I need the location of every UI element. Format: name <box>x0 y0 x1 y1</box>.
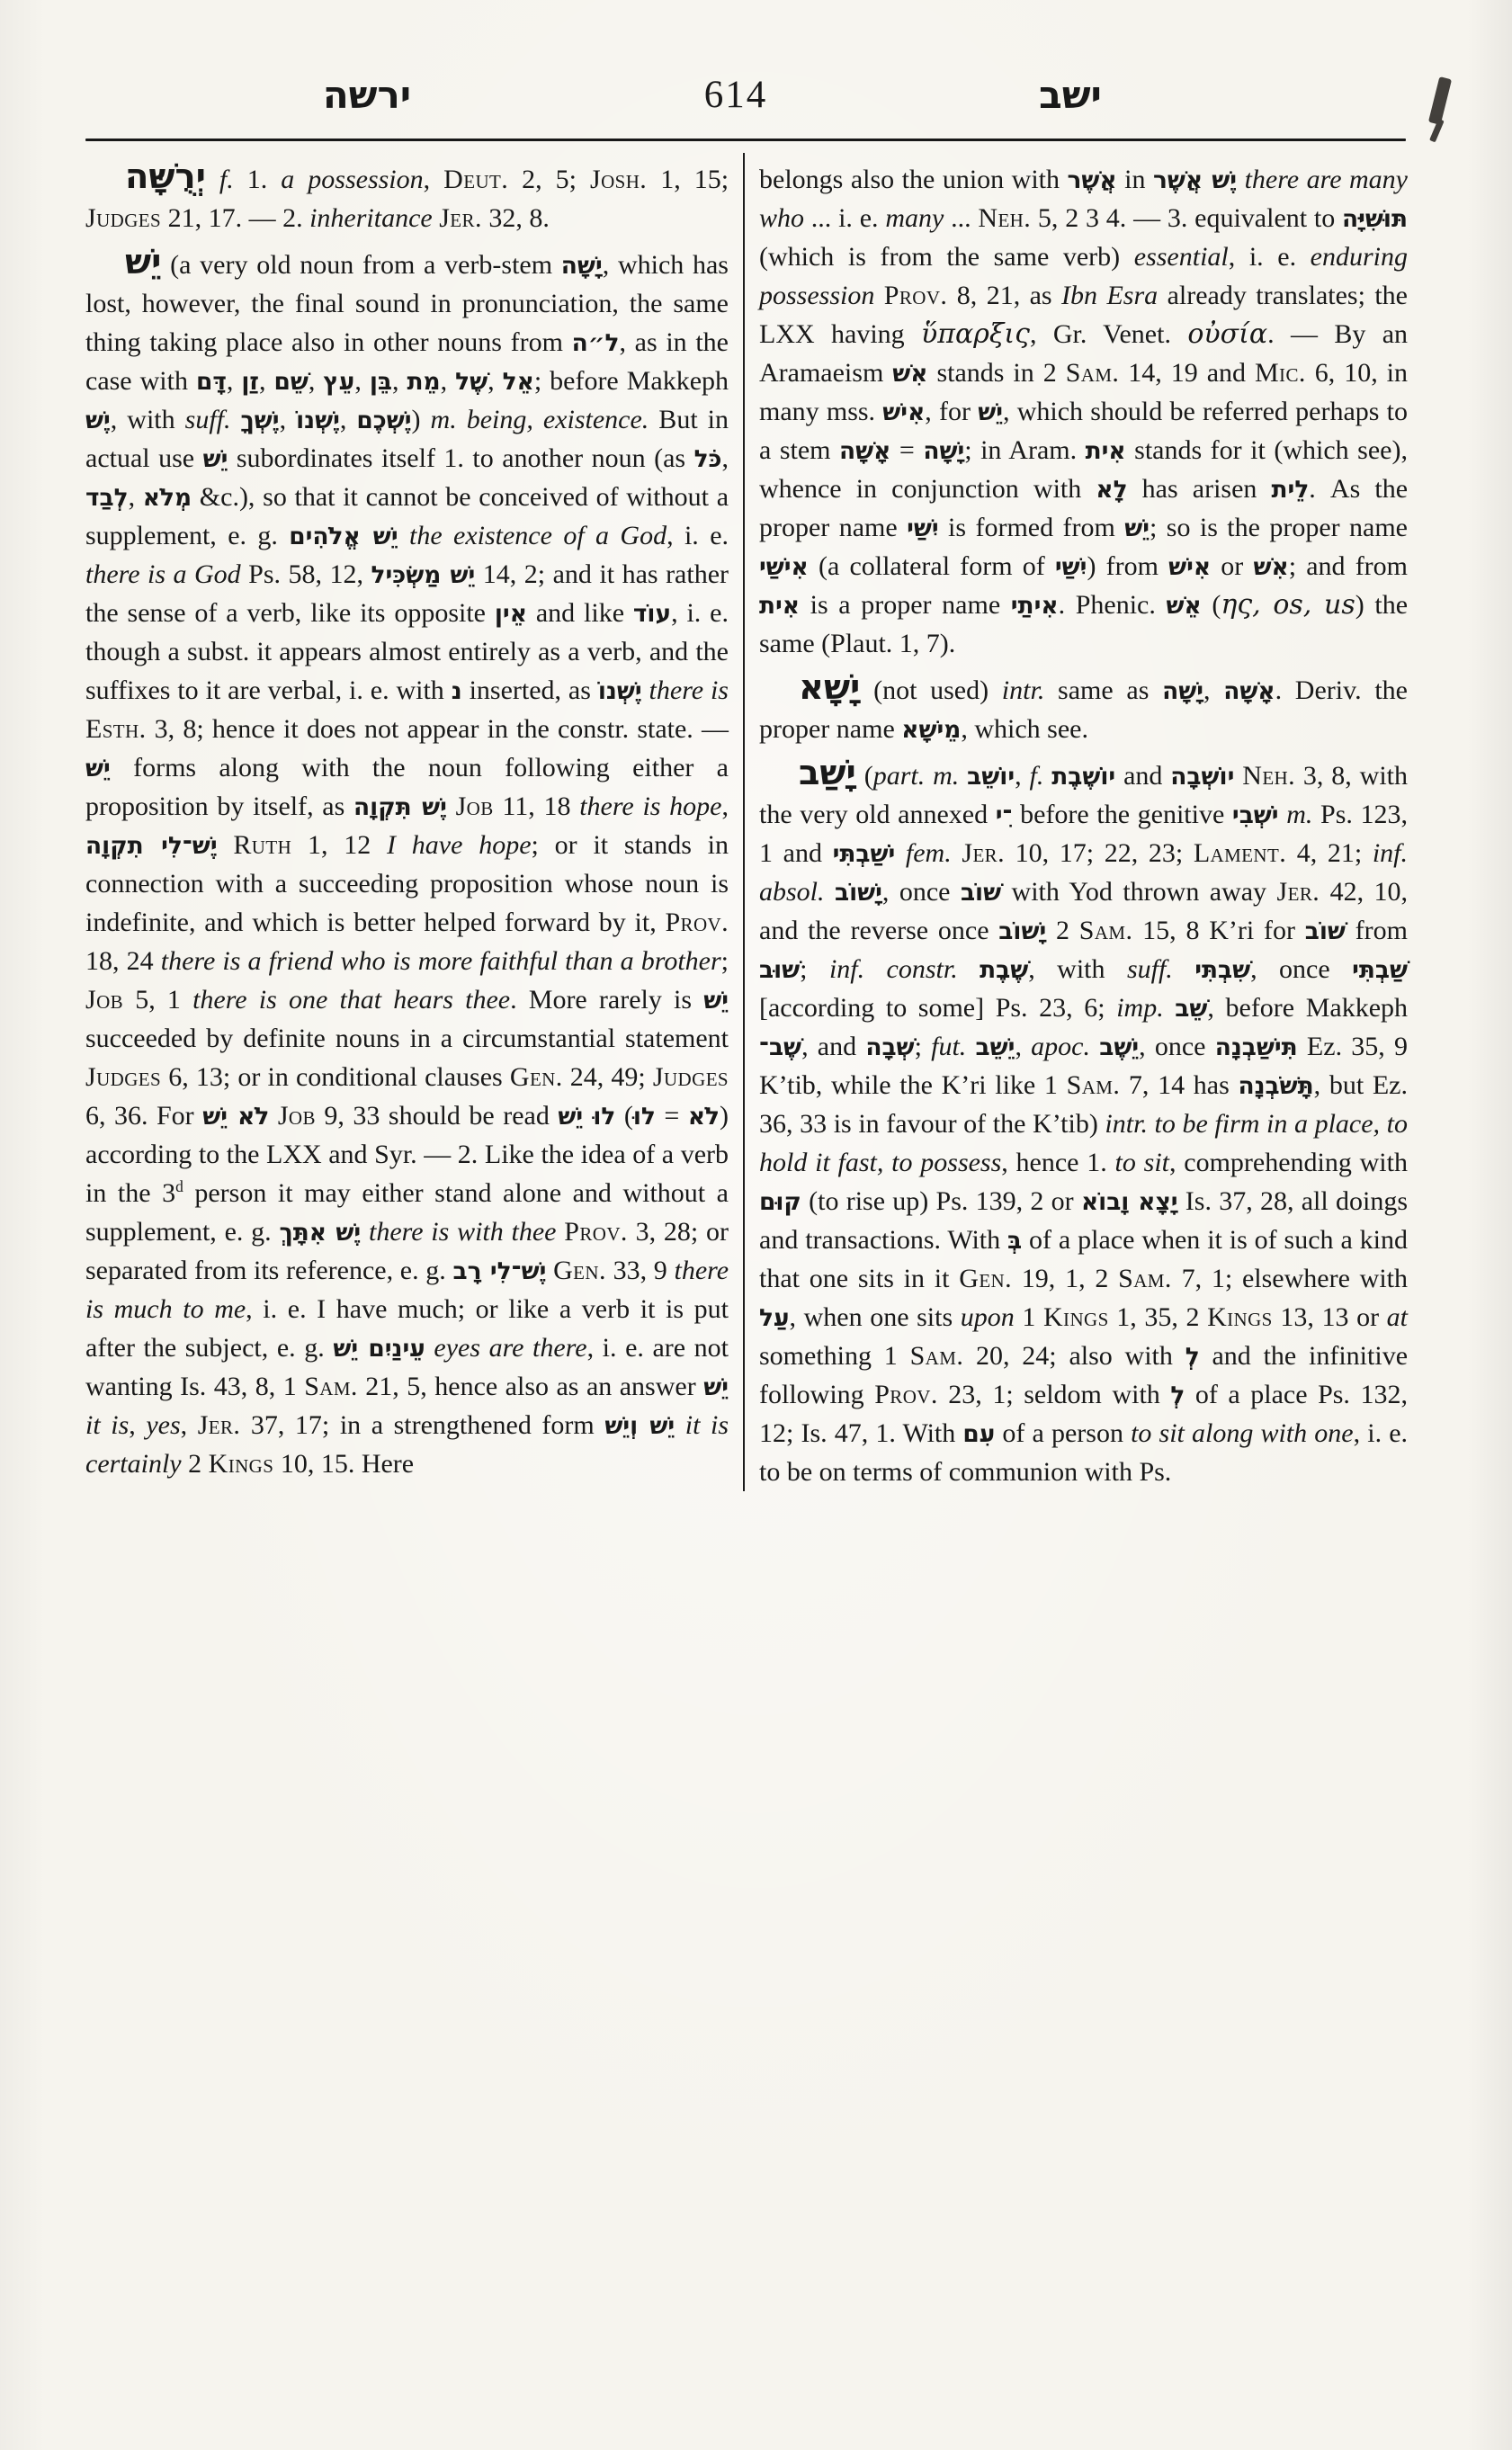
hebrew-text: אֵין <box>495 600 527 628</box>
text <box>874 281 883 310</box>
greek-text: οὐσία <box>1187 318 1267 350</box>
text: is formed from <box>939 513 1125 542</box>
hebrew-text: מֵישָׁא <box>901 716 961 744</box>
hebrew-text: תּוּשִׁיָּה <box>1342 205 1408 233</box>
text: belongs also the union with <box>759 165 1068 194</box>
italic-text: yes <box>146 1410 180 1440</box>
smallcaps-text: Job <box>85 985 123 1015</box>
hebrew-text: אִית <box>759 592 800 620</box>
italic-text: a possession <box>281 165 423 194</box>
smallcaps-text: Judges <box>653 1062 729 1092</box>
text: 7, 1; elsewhere with <box>1172 1264 1408 1293</box>
smallcaps-text: Sam. <box>1118 1264 1172 1293</box>
entry-paragraph: יָשַׁב (part. m. יוֹשֵׁב, f. יוֹשֶׁבֶת a… <box>759 756 1408 1491</box>
italic-text: suff. <box>185 405 231 434</box>
text: of a person <box>995 1418 1131 1448</box>
text <box>447 791 456 821</box>
text: , <box>280 405 297 434</box>
hebrew-text: תִּישַׁבְנָה <box>1215 1033 1298 1061</box>
hebrew-text: יֵשׁ <box>703 1373 729 1401</box>
text: before the genitive <box>1013 800 1232 829</box>
hebrew-text: יֵשׁ <box>978 398 1003 426</box>
italic-text: many <box>885 203 944 233</box>
text: ... <box>944 203 978 233</box>
hebrew-text: יֹשְׁבִי <box>1232 801 1279 829</box>
hebrew-text: אֵל <box>503 368 534 396</box>
text-columns: יְרֻשָּׁה f. 1. a possession, Deut. 2, 5… <box>85 160 1408 1491</box>
text <box>675 1410 685 1440</box>
hebrew-text: דָּם <box>196 368 227 396</box>
hebrew-text: בֵּן <box>370 368 392 396</box>
text: (a collateral form of <box>809 551 1055 581</box>
text <box>218 830 234 860</box>
text <box>959 761 967 791</box>
text: 2 <box>1046 916 1079 945</box>
text: ; before Makkeph <box>534 366 729 396</box>
running-head: ירשה 614 ישב <box>0 72 1512 126</box>
italic-text: part. m. <box>873 761 960 791</box>
text: = <box>890 435 923 465</box>
text <box>557 1217 565 1247</box>
text: . More rarely is <box>510 985 703 1015</box>
text: 8, 21, as <box>947 281 1061 310</box>
hebrew-text: יֶשׁ תִּקְוָה <box>353 793 447 821</box>
hebrew-text: יֵשׁ וְיֵשׁ <box>604 1412 675 1440</box>
italic-text: f. <box>1030 761 1044 791</box>
smallcaps-text: Josh. <box>590 165 647 194</box>
hebrew-text: כֹּל <box>694 445 722 473</box>
hebrew-text: עַל <box>759 1304 790 1332</box>
hebrew-text: יֶשְׁכֶם <box>356 407 411 434</box>
italic-text: at <box>1387 1302 1408 1332</box>
text: 15, 8 K’ri for <box>1132 916 1304 945</box>
italic-text: f. <box>219 165 234 194</box>
hebrew-headword: יֵשׁ <box>125 242 161 282</box>
text: , which see. <box>961 714 1088 744</box>
text: , <box>340 405 357 434</box>
smallcaps-text: Sam. <box>1079 916 1133 945</box>
smallcaps-text: Job <box>456 791 494 821</box>
text: , for <box>925 397 978 426</box>
italic-text: imp. <box>1116 993 1164 1023</box>
hebrew-headword: יְרֻשָּׁה <box>125 156 206 197</box>
smallcaps-text: Gen. <box>510 1062 563 1092</box>
text: and <box>1115 761 1170 791</box>
text: is a proper name <box>800 590 1011 620</box>
hebrew-text: לֹא יֵשׁ <box>202 1103 269 1131</box>
text: 37, 17; in a strengthened form <box>240 1410 604 1440</box>
text: [according to some] Ps. 23, 6; <box>759 993 1116 1023</box>
hebrew-text: יֵשׁ <box>203 445 228 473</box>
italic-text: there is a friend who is more faithful t… <box>161 946 721 976</box>
text <box>1164 993 1176 1023</box>
text: from <box>1346 916 1408 945</box>
text: 1, 35, 2 <box>1109 1302 1207 1332</box>
text: , <box>392 366 407 396</box>
italic-text: there is with thee <box>369 1217 557 1247</box>
text: , with <box>111 405 185 434</box>
text <box>642 675 649 705</box>
text <box>361 1217 369 1247</box>
text: 20, 24; also with <box>963 1341 1185 1371</box>
text: 7, 14 has <box>1120 1070 1238 1100</box>
italic-text: there is hope <box>579 791 721 821</box>
lexicon-page: ירשה 614 ישב יְרֻשָּׁה f. 1. a possessio… <box>0 0 1512 2450</box>
text: succeeded by definite nouns in a circums… <box>85 1024 729 1053</box>
text: , <box>259 366 274 396</box>
hebrew-text: מְלֹא <box>143 484 192 512</box>
text: ( <box>615 1101 633 1131</box>
smallcaps-text: Prov. <box>665 908 729 937</box>
text: 6, 13; or in conditional clauses <box>161 1062 510 1092</box>
hebrew-text: אִשׁ <box>1253 553 1288 581</box>
text: = <box>656 1101 688 1131</box>
greek-text: ὕπαρξις <box>921 318 1030 350</box>
text: ; <box>915 1032 932 1061</box>
text: 6, 36. For <box>85 1101 202 1131</box>
text: , when one sits <box>790 1302 961 1332</box>
hebrew-text: עוֹד <box>633 600 671 628</box>
text: 1 <box>1015 1302 1043 1332</box>
text: something 1 <box>759 1341 910 1371</box>
italic-text: there is one that hears thee <box>192 985 510 1015</box>
hebrew-text: יֶשְׁנוֹ <box>598 677 642 705</box>
italic-text: fut. <box>931 1032 966 1061</box>
text: , <box>129 1410 146 1440</box>
text: 21, 17. — 2. <box>161 203 309 233</box>
hebrew-text: שִׁבְתִּי <box>1194 956 1250 984</box>
hebrew-text: אֲשֶׁר <box>1068 166 1117 194</box>
hebrew-text: בְּ <box>1007 1227 1022 1255</box>
text: inserted, as <box>462 675 598 705</box>
hebrew-text: אִישׁ <box>1168 553 1211 581</box>
text: 1. <box>234 165 282 194</box>
text: , <box>181 1410 198 1440</box>
text: 5, 1 <box>123 985 192 1015</box>
smallcaps-text: Judges <box>85 203 161 233</box>
smallcaps-text: Jer. <box>1277 877 1320 907</box>
hebrew-text: שֶׁל <box>455 368 488 396</box>
italic-text: to sit <box>1115 1148 1169 1177</box>
hebrew-headword: יָשַׁב <box>799 753 856 793</box>
smallcaps-text: Gen. <box>553 1256 606 1285</box>
entry-paragraph: belongs also the union with אֲשֶׁר in יֶ… <box>759 160 1408 663</box>
text <box>398 521 409 550</box>
text <box>1237 165 1245 194</box>
smallcaps-text: Sam. <box>304 1372 358 1401</box>
hebrew-text: יֶשְׁךָ <box>241 407 280 434</box>
hebrew-text: לֵית <box>1272 476 1310 504</box>
text: ; <box>800 954 829 984</box>
hebrew-text: אִיתַי <box>1011 592 1059 620</box>
hebrew-text: ־ִי <box>996 801 1013 829</box>
text <box>206 165 219 194</box>
smallcaps-text: Sam. <box>1067 1070 1121 1100</box>
text: , <box>441 366 456 396</box>
text: , comprehending with <box>1169 1148 1408 1177</box>
text: , with <box>1028 954 1127 984</box>
text: ; <box>721 946 729 976</box>
text <box>966 1032 975 1061</box>
smallcaps-text: Lament. <box>1194 838 1286 868</box>
hebrew-text: יֶשׁ אִתָּךְ <box>279 1219 361 1247</box>
text: 21, 5, hence also as an answer <box>358 1372 703 1401</box>
text: , i. e. <box>667 521 729 550</box>
smallcaps-text: Jer. <box>962 838 1005 868</box>
text: with Yod thrown away <box>1001 877 1276 907</box>
text <box>425 1333 434 1363</box>
column-right: belongs also the union with אֲשֶׁר in יֶ… <box>759 160 1408 1491</box>
italic-text: inheritance <box>309 203 433 233</box>
smallcaps-text: Ruth <box>233 830 291 860</box>
hebrew-text: יָשָׁה <box>1162 677 1203 705</box>
hebrew-text: אֵשׁ <box>1167 592 1202 620</box>
text: (a very old noun from a verb-stem <box>161 250 560 280</box>
hebrew-text: יָשׁוֹב <box>835 879 882 907</box>
text: 18, 24 <box>85 946 161 976</box>
hebrew-text: לוּ יֵשׁ <box>558 1103 615 1131</box>
text: , <box>309 366 324 396</box>
page-number: 614 <box>704 72 768 119</box>
text: 11, 18 <box>494 791 580 821</box>
smallcaps-text: Kings <box>1207 1302 1273 1332</box>
hebrew-text: יֶשׁ־לִי רָב <box>453 1257 547 1285</box>
text <box>1043 761 1051 791</box>
hebrew-text: נ <box>452 677 462 705</box>
text: (to rise up) Ps. 139, 2 or <box>801 1186 1081 1216</box>
hebrew-text: אִישׁ <box>882 398 925 426</box>
text: ) <box>412 405 431 434</box>
text <box>546 1256 553 1285</box>
hebrew-text: קוּם <box>759 1188 801 1216</box>
text: ; and from <box>1289 551 1408 581</box>
smallcaps-text: Esth. <box>85 714 147 744</box>
italic-text: I have hope <box>387 830 532 860</box>
hebrew-text: שֵׁם <box>273 368 308 396</box>
hebrew-text: שְׁבָה <box>865 1033 914 1061</box>
hebrew-text: לְ <box>1170 1381 1185 1409</box>
text: ... i. e. <box>804 203 885 233</box>
hebrew-headword: יָשָׁא <box>799 667 860 708</box>
text: , <box>1203 675 1223 705</box>
italic-text: there is a God <box>85 559 241 589</box>
text: 4, 21; <box>1286 838 1373 868</box>
hebrew-text: אִית <box>1086 437 1126 465</box>
smallcaps-text: Gen. <box>959 1264 1012 1293</box>
hebrew-text: יָצָא וָבוֹא <box>1081 1188 1178 1216</box>
hebrew-text: יֵשֵׁב <box>976 1033 1015 1061</box>
text: , i. e. <box>1229 242 1311 272</box>
hebrew-text: שֶׁבֶת <box>980 956 1028 984</box>
text: , once <box>882 877 961 907</box>
text: 14, 19 and <box>1119 358 1255 388</box>
hebrew-text: אָשָׁה <box>1223 677 1275 705</box>
italic-text: essential <box>1134 242 1229 272</box>
hebrew-text: יוֹשֶׁבֶת <box>1051 763 1115 791</box>
text: , before Makkeph <box>1207 993 1408 1023</box>
text <box>231 405 241 434</box>
hebrew-text: יֶשׁ אֲשֶׁר <box>1153 166 1237 194</box>
text: , <box>129 482 143 512</box>
hebrew-text: תָּשֹׁבְנָה <box>1238 1072 1313 1100</box>
hebrew-text: יֹשַׁבְתִּי <box>833 840 896 868</box>
hebrew-text: לְבַד <box>85 484 129 512</box>
hebrew-text: יֵשׁ אֱלֹהִים <box>289 523 398 550</box>
text: , once <box>1250 954 1352 984</box>
smallcaps-text: Neh. <box>1242 761 1295 791</box>
smallcaps-text: Jer. <box>198 1410 241 1440</box>
text <box>952 838 962 868</box>
text: , Gr. Venet. <box>1030 319 1187 349</box>
hebrew-text: יֶשׁ <box>85 407 111 434</box>
text: 3, 8; hence it does not appear in the co… <box>147 714 729 744</box>
text: , <box>722 443 729 473</box>
text <box>958 954 980 984</box>
text <box>895 838 906 868</box>
hebrew-text: יֶשְׁנוֹ <box>296 407 340 434</box>
smallcaps-text: Job <box>278 1101 316 1131</box>
hebrew-text: יִשַׁי <box>1055 553 1087 581</box>
text: 32, 8. <box>482 203 550 233</box>
hebrew-text: לֹא <box>688 1103 720 1131</box>
italic-text: the existence of a God <box>409 521 667 550</box>
hebrew-text: יָשָׁה <box>923 437 964 465</box>
text: or <box>1211 551 1253 581</box>
greek-text: ης, os, us <box>1221 589 1355 621</box>
hebrew-text: עֵינַיִם יֵשׁ <box>333 1335 425 1363</box>
text <box>1090 1032 1099 1061</box>
hebrew-text: יוֹשְׁבָה <box>1170 763 1234 791</box>
italic-text: eyes are there <box>434 1333 586 1363</box>
header-rule <box>85 139 1406 141</box>
smallcaps-text: Mic. <box>1255 358 1306 388</box>
text: 19, 1, 2 <box>1012 1264 1118 1293</box>
smallcaps-text: Sam. <box>1066 358 1120 388</box>
text: ( <box>856 761 873 791</box>
text: stands in 2 <box>927 358 1065 388</box>
hebrew-text: ל״ה <box>572 329 620 357</box>
text: (which is from the same verb) <box>759 242 1134 272</box>
text: ; so is the proper name <box>1150 513 1408 542</box>
column-divider <box>743 153 745 1491</box>
text: ; in Aram. <box>964 435 1085 465</box>
hebrew-text: שַׁבְתִּי <box>1352 956 1408 984</box>
text: , <box>424 165 444 194</box>
hebrew-text: יִשַׁי <box>907 514 939 542</box>
italic-text: suff. <box>1127 954 1173 984</box>
text <box>1173 954 1194 984</box>
text: Ps. 58, 12, <box>241 559 371 589</box>
italic-text: to sit along with one <box>1131 1418 1354 1448</box>
hebrew-text: יֵשֶׁב <box>1099 1033 1139 1061</box>
smallcaps-text: Jer. <box>439 203 482 233</box>
text: , <box>227 366 242 396</box>
italic-text: there is <box>649 675 729 705</box>
text: 10, 17; 22, 23; <box>1005 838 1194 868</box>
text: , <box>1015 1032 1031 1061</box>
text <box>1234 761 1242 791</box>
hebrew-text: יָשָׁה <box>561 252 603 280</box>
text: , <box>354 366 370 396</box>
hebrew-text: שׁוֹב <box>961 879 1001 907</box>
hebrew-text: שׁוֹב <box>1305 917 1346 945</box>
hebrew-text: לָא <box>1096 476 1127 504</box>
hebrew-text: אָשָׁה <box>839 437 890 465</box>
superscript-text: d <box>175 1177 183 1195</box>
hebrew-text: יֶשׁ־לִי תִקְוָה <box>85 832 218 860</box>
text: 1, 15; <box>647 165 729 194</box>
italic-text: intr. <box>1002 675 1045 705</box>
smallcaps-text: Deut. <box>443 165 508 194</box>
column-left: יְרֻשָּׁה f. 1. a possession, Deut. 2, 5… <box>85 160 729 1491</box>
italic-text: m. being, existence. <box>431 405 649 434</box>
smallcaps-text: Judges <box>85 1062 161 1092</box>
smallcaps-text: Kings <box>209 1449 274 1479</box>
text: 13, 13 or <box>1273 1302 1387 1332</box>
italic-text: m. <box>1286 800 1312 829</box>
hebrew-text: עִם <box>962 1420 995 1448</box>
italic-text: Ibn Esra <box>1061 281 1158 310</box>
text: ( <box>1202 590 1221 620</box>
text: 9, 33 should be read <box>316 1101 558 1131</box>
hebrew-text: זַן <box>241 368 259 396</box>
text: (not used) <box>860 675 1001 705</box>
hebrew-text: מֵת <box>407 368 441 396</box>
smallcaps-text: Prov. <box>884 281 948 310</box>
italic-text: upon <box>961 1302 1015 1332</box>
hebrew-text: יֵשׁ <box>1124 514 1150 542</box>
text <box>1279 800 1287 829</box>
entry-paragraph: יֵשׁ (a very old noun from a verb-stem י… <box>85 246 729 1483</box>
hebrew-text: שׁוּב <box>759 956 800 984</box>
text: subordinates itself 1. to another noun (… <box>228 443 693 473</box>
hebrew-text: שֵׁב <box>1175 995 1207 1023</box>
running-head-left-word: ירשה <box>323 72 411 119</box>
text: , hence 1. <box>1001 1148 1114 1177</box>
text: 1, 12 <box>291 830 387 860</box>
text: in <box>1117 165 1153 194</box>
text: 33, 9 <box>606 1256 675 1285</box>
smallcaps-text: Sam. <box>910 1341 964 1371</box>
smallcaps-text: Prov. <box>874 1380 938 1409</box>
text: has arisen <box>1128 474 1272 504</box>
italic-text: it is <box>85 1410 129 1440</box>
text: . Phenic. <box>1059 590 1167 620</box>
smallcaps-text: Prov. <box>564 1217 628 1247</box>
text: , <box>488 366 503 396</box>
italic-text: fem. <box>906 838 952 868</box>
hebrew-text: אִישַׁי <box>759 553 809 581</box>
text: , <box>722 791 729 821</box>
text: , <box>1015 761 1029 791</box>
hebrew-text: לוּ <box>633 1103 656 1131</box>
hebrew-text: יוֹשֵׁב <box>967 763 1015 791</box>
hebrew-text: יֵשׁ <box>703 987 729 1015</box>
text: same as <box>1044 675 1162 705</box>
hebrew-text: יֵשׁ <box>85 755 111 782</box>
hebrew-text: שֶׁב־ <box>759 1033 801 1061</box>
text: 2, 5; <box>508 165 590 194</box>
text: 24, 49; <box>563 1062 653 1092</box>
text: 10, 15. Here <box>273 1449 414 1479</box>
hebrew-text: יָשׁוֹב <box>998 917 1046 945</box>
smallcaps-text: Kings <box>1043 1302 1109 1332</box>
text: ) from <box>1087 551 1168 581</box>
text: , and <box>801 1032 865 1061</box>
hebrew-text: יֵשׁ מַשְׂכִּיל <box>371 561 476 589</box>
entry-paragraph: יָשָׁא (not used) intr. same as יָשָׁה, … <box>759 671 1408 748</box>
text: , once <box>1139 1032 1215 1061</box>
